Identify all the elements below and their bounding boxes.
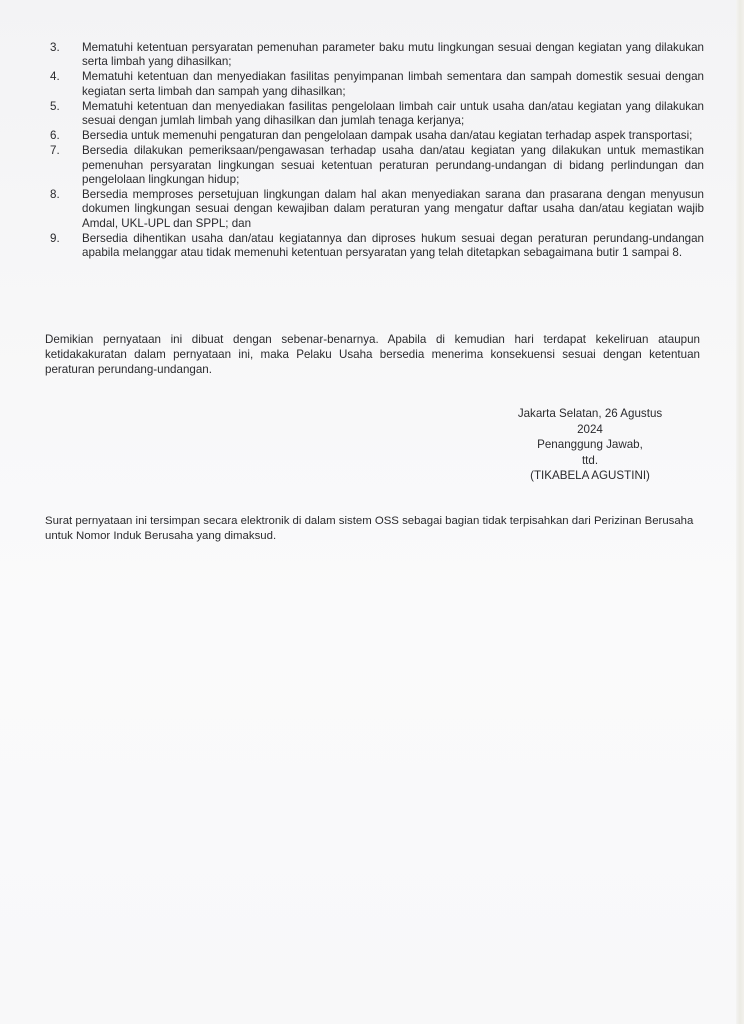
list-item: 6. Bersedia untuk memenuhi pengaturan da… (50, 129, 704, 143)
signature-signed: ttd. (490, 453, 690, 469)
list-item-text: Bersedia untuk memenuhi pengaturan dan p… (82, 129, 692, 142)
closing-paragraph: Demikian pernyataan ini dibuat dengan se… (45, 332, 700, 377)
signature-place-date: Jakarta Selatan, 26 Agustus (490, 406, 690, 422)
list-item-number: 4. (50, 70, 60, 84)
list-item-number: 3. (50, 41, 60, 55)
commitment-list: 3. Mematuhi ketentuan persyaratan pemenu… (50, 41, 704, 261)
signature-block: Jakarta Selatan, 26 Agustus 2024 Penangg… (490, 406, 690, 484)
page-edge (736, 0, 744, 1024)
list-item: 8. Bersedia memproses persetujuan lingku… (50, 188, 704, 231)
list-item: 7. Bersedia dilakukan pemeriksaan/pengaw… (50, 144, 704, 187)
list-item-number: 7. (50, 144, 60, 158)
list-item: 3. Mematuhi ketentuan persyaratan pemenu… (50, 41, 704, 70)
list-item-text: Mematuhi ketentuan dan menyediakan fasil… (82, 70, 704, 97)
list-item: 5. Mematuhi ketentuan dan menyediakan fa… (50, 100, 704, 129)
signature-year: 2024 (490, 422, 690, 438)
footer-note: Surat pernyataan ini tersimpan secara el… (45, 514, 705, 544)
list-item-text: Bersedia dihentikan usaha dan/atau kegia… (82, 232, 704, 259)
signature-name: (TIKABELA AGUSTINI) (490, 468, 690, 484)
list-item-text: Mematuhi ketentuan dan menyediakan fasil… (82, 100, 704, 127)
list-item-text: Bersedia memproses persetujuan lingkunga… (82, 188, 704, 230)
list-item-text: Mematuhi ketentuan persyaratan pemenuhan… (82, 41, 704, 68)
list-item-text: Bersedia dilakukan pemeriksaan/pengawasa… (82, 144, 704, 186)
signature-role: Penanggung Jawab, (490, 437, 690, 453)
document-page: 3. Mematuhi ketentuan persyaratan pemenu… (0, 0, 736, 1024)
list-item: 9. Bersedia dihentikan usaha dan/atau ke… (50, 232, 704, 261)
list-item-number: 9. (50, 232, 60, 246)
list-item-number: 5. (50, 100, 60, 114)
list-item-number: 8. (50, 188, 60, 202)
list-item-number: 6. (50, 129, 60, 143)
list-item: 4. Mematuhi ketentuan dan menyediakan fa… (50, 70, 704, 99)
